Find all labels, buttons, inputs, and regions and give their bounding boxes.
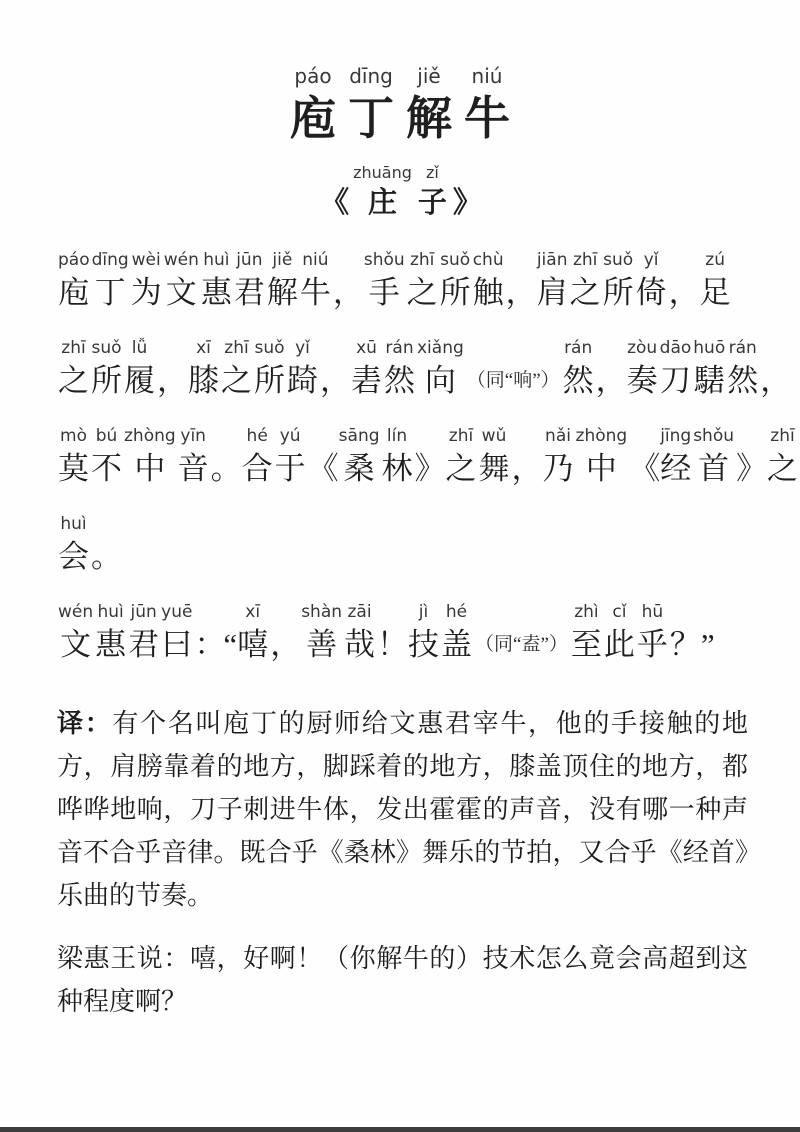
hanzi-text: 解 — [406, 90, 452, 148]
inline-gloss-note: （同“响”） — [466, 336, 561, 402]
hanzi-text: ：“ — [194, 624, 235, 666]
pinyin-text: suǒ — [603, 248, 633, 272]
pinyin-text: rán — [729, 336, 757, 360]
pinyin-text: suǒ — [440, 248, 470, 272]
hanzi-text: 騞 — [694, 360, 725, 402]
title-block: páo庖dīng丁jiě解niú牛 《zhuāng庄zǐ子》 — [0, 0, 800, 222]
hanzi-text: 林 — [382, 448, 413, 490]
hanzi-text: ， — [333, 272, 362, 314]
pinyin-text: dīng — [92, 248, 129, 272]
punctuation-mark: 《 — [320, 162, 347, 222]
hanzi-text: 丁 — [348, 90, 394, 148]
hanzi-text: 丁 — [95, 272, 126, 314]
hanzi-text: 触 — [473, 272, 504, 314]
ruby-segment: zhòng中 — [124, 424, 176, 490]
hanzi-text: ， — [512, 448, 541, 490]
ruby-segment: zhī之 — [446, 424, 477, 490]
punctuation-mark: 》 — [453, 162, 480, 222]
hanzi-text: ， — [760, 360, 789, 402]
punctuation-mark: ， — [270, 600, 299, 666]
ruby-segment: hé合 — [242, 424, 273, 490]
hanzi-text: 善 — [306, 624, 337, 666]
hanzi-text: 倚 — [636, 272, 667, 314]
hanzi-text: 牛 — [300, 272, 331, 314]
hanzi-text: 会 — [58, 536, 89, 578]
hanzi-text: 向 — [425, 360, 456, 402]
pinyin-text: shǒu — [364, 248, 405, 272]
translation-text-1: 有个名叫庖丁的厨师给文惠君宰牛，他的手接触的地方，肩膀靠着的地方，脚踩着的地方，… — [57, 709, 748, 910]
ruby-segment: zāi哉 — [344, 600, 375, 666]
bottom-edge-bar — [0, 1127, 800, 1132]
hanzi-text: 履 — [124, 360, 155, 402]
ruby-segment: rán然 — [563, 336, 594, 402]
hanzi-text: ， — [669, 272, 698, 314]
ruby-segment: huō騞 — [693, 336, 725, 402]
ruby-segment: yú于 — [275, 424, 306, 490]
pinyin-text: zú — [705, 248, 725, 272]
hanzi-text: 庖 — [58, 272, 89, 314]
ruby-segment: dīng丁 — [348, 62, 394, 148]
pinyin-text: huì — [203, 248, 229, 272]
hanzi-text: 至 — [571, 624, 602, 666]
ruby-segment: zhī之 — [221, 336, 252, 402]
hanzi-text: ” — [701, 624, 713, 666]
pinyin-text: zhī — [61, 336, 85, 360]
pinyin-text: chù — [473, 248, 504, 272]
ruby-segment: hé盖 — [441, 600, 472, 666]
ruby-segment: suǒ所 — [254, 336, 285, 402]
pinyin-text: zhī — [573, 248, 597, 272]
ruby-segment: yuē曰 — [161, 600, 192, 666]
text-ruby-line-3: mò莫bú不zhòng中yīn音。hé合yú于《sāng桑lín林》zhī之wǔ… — [57, 424, 750, 490]
pinyin-text: xī — [196, 336, 211, 360]
ruby-segment: bú不 — [91, 424, 122, 490]
ruby-segment: xiǎng向 — [417, 336, 464, 402]
punctuation-mark: ， — [333, 248, 362, 314]
punctuation-mark: ， — [506, 248, 535, 314]
pinyin-text: páo — [294, 62, 331, 90]
pinyin-text: zòu — [627, 336, 657, 360]
pinyin-text: xū — [356, 336, 377, 360]
ruby-segment: nǎi乃 — [543, 424, 574, 490]
ruby-segment: jiān肩 — [537, 248, 568, 314]
hanzi-text: 》 — [736, 448, 765, 490]
punctuation-mark: ：“ — [194, 600, 235, 666]
pinyin-text: xī — [245, 600, 260, 624]
hanzi-text: 于 — [275, 448, 306, 490]
ruby-segment: shǒu手 — [364, 248, 405, 314]
ruby-segment: zǐ子 — [418, 162, 447, 222]
hanzi-text: 之 — [58, 360, 89, 402]
pinyin-text: hū — [642, 600, 664, 624]
hanzi-text: 之 — [221, 360, 252, 402]
hanzi-text: 乃 — [543, 448, 574, 490]
pinyin-text: suǒ — [254, 336, 284, 360]
ruby-segment: hū乎 — [637, 600, 668, 666]
ruby-segment: jiě解 — [406, 62, 452, 148]
ruby-segment: jūn君 — [234, 248, 265, 314]
pinyin-text: zāi — [347, 600, 371, 624]
punctuation-mark: ， — [760, 336, 789, 402]
ruby-segment: wén文 — [164, 248, 199, 314]
hanzi-text: 。 — [91, 536, 120, 578]
hanzi-text: 君 — [234, 272, 265, 314]
hanzi-text: 《 — [320, 184, 347, 222]
punctuation-mark: ？ — [670, 600, 699, 666]
pinyin-text: zhī — [224, 336, 248, 360]
hanzi-text: 首 — [698, 448, 729, 490]
ruby-segment: suǒ所 — [603, 248, 634, 314]
ruby-segment: niú牛 — [464, 62, 510, 148]
hanzi-text: 踦 — [287, 360, 318, 402]
hanzi-text: 膝 — [188, 360, 219, 402]
translation-label: 译： — [57, 709, 112, 738]
hanzi-text: 奏 — [627, 360, 658, 402]
pinyin-text: suǒ — [91, 336, 121, 360]
pinyin-text: jūn — [236, 248, 262, 272]
pinyin-text: sāng — [339, 424, 380, 448]
pinyin-text: xiǎng — [417, 336, 464, 360]
hanzi-text: 舞 — [479, 448, 510, 490]
ruby-segment: jì技 — [408, 600, 439, 666]
ruby-segment: rán然 — [727, 336, 758, 402]
hanzi-text: 》 — [453, 184, 480, 222]
pinyin-text: shàn — [301, 600, 342, 624]
text-ruby-line-4: huì会。 — [57, 512, 750, 578]
ruby-segment: jiě解 — [267, 248, 298, 314]
ruby-segment: páo庖 — [290, 62, 336, 148]
ruby-segment: xī嘻 — [237, 600, 268, 666]
translation-section: 译：有个名叫庖丁的厨师给文惠君宰牛，他的手接触的地方，肩膀靠着的地方，脚踩着的地… — [0, 688, 800, 1023]
pinyin-text: zhòng — [124, 424, 176, 448]
pinyin-text: shǒu — [693, 424, 734, 448]
text-ruby-line-2: zhī之suǒ所lǚ履，xī膝zhī之suǒ所yǐ踦，xū砉rán然xiǎng向… — [57, 336, 750, 402]
document-page: páo庖dīng丁jiě解niú牛 《zhuāng庄zǐ子》 páo庖dīng丁… — [0, 0, 800, 1132]
ruby-segment: yīn音 — [178, 424, 209, 490]
pinyin-text: lǚ — [132, 336, 148, 360]
hanzi-text: 惠 — [201, 272, 232, 314]
pinyin-text: jiě — [417, 62, 440, 90]
ruby-segment: zhī之 — [570, 248, 601, 314]
ruby-segment: zòu奏 — [627, 336, 658, 402]
ruby-segment: mò莫 — [58, 424, 89, 490]
hanzi-text: 文 — [166, 272, 197, 314]
hanzi-text: ？ — [670, 624, 699, 666]
pinyin-text: wén — [58, 600, 93, 624]
source-ruby-line: 《zhuāng庄zǐ子》 — [0, 162, 800, 222]
hanzi-text: 桑 — [344, 448, 375, 490]
pinyin-text: bú — [96, 424, 118, 448]
hanzi-text: 手 — [369, 272, 400, 314]
hanzi-text: 曰 — [161, 624, 192, 666]
translation-text-2: 梁惠王说：嘻，好啊！（你解牛的）技术怎么竟会高超到这种程度啊？ — [57, 944, 748, 1016]
ruby-segment: suǒ所 — [91, 336, 122, 402]
punctuation-mark: 《 — [629, 424, 658, 490]
ruby-segment: huì会 — [58, 512, 89, 578]
hanzi-text: 此 — [604, 624, 635, 666]
pinyin-text: jūn — [131, 600, 157, 624]
hanzi-text: 乎 — [637, 624, 668, 666]
punctuation-mark: ， — [596, 336, 625, 402]
pinyin-text: nǎi — [545, 424, 571, 448]
pinyin-text: niú — [302, 248, 328, 272]
ruby-segment: chù触 — [473, 248, 504, 314]
ruby-segment: zhì至 — [571, 600, 602, 666]
pinyin-text: zhī — [449, 424, 473, 448]
ruby-segment: zhī之 — [407, 248, 438, 314]
ruby-segment: dāo刀 — [660, 336, 692, 402]
punctuation-mark: 《 — [308, 424, 337, 490]
hanzi-text: 经 — [660, 448, 691, 490]
ruby-segment: huì惠 — [95, 600, 126, 666]
hanzi-text: 哉 — [344, 624, 375, 666]
pinyin-text: páo — [58, 248, 90, 272]
hanzi-text: 之 — [767, 448, 798, 490]
pinyin-text: zǐ — [426, 162, 439, 184]
pinyin-text: hé — [446, 600, 467, 624]
pinyin-text: lín — [387, 424, 407, 448]
ruby-segment: xū砉 — [351, 336, 382, 402]
hanzi-text: 然 — [563, 360, 594, 402]
hanzi-text: 之 — [570, 272, 601, 314]
pinyin-text: hé — [247, 424, 268, 448]
hanzi-text: ， — [270, 624, 299, 666]
ruby-segment: huì惠 — [201, 248, 232, 314]
hanzi-text: 君 — [128, 624, 159, 666]
pinyin-text: cǐ — [612, 600, 626, 624]
ruby-segment: zhī之 — [767, 424, 798, 490]
hanzi-text: 所 — [603, 272, 634, 314]
pinyin-text: zhī — [410, 248, 434, 272]
ruby-segment: lǚ履 — [124, 336, 155, 402]
hanzi-text: 莫 — [58, 448, 89, 490]
pinyin-text: jiě — [272, 248, 292, 272]
hanzi-text: 。 — [211, 448, 240, 490]
hanzi-text: （同“盍”） — [474, 624, 569, 666]
hanzi-text: 《 — [629, 448, 658, 490]
hanzi-text: 然 — [727, 360, 758, 402]
pinyin-text: wén — [164, 248, 199, 272]
punctuation-mark: 。 — [211, 424, 240, 490]
hanzi-text: 合 — [242, 448, 273, 490]
ruby-segment: sāng桑 — [339, 424, 380, 490]
punctuation-mark: ， — [669, 248, 698, 314]
hanzi-text: 之 — [446, 448, 477, 490]
ruby-segment: wèi为 — [131, 248, 162, 314]
ruby-segment: rán然 — [384, 336, 415, 402]
hanzi-text: ， — [320, 360, 349, 402]
hanzi-text: 文 — [60, 624, 91, 666]
punctuation-mark: 》 — [415, 424, 444, 490]
ruby-segment: suǒ所 — [440, 248, 471, 314]
pinyin-text: huì — [60, 512, 86, 536]
ruby-segment: niú牛 — [300, 248, 331, 314]
hanzi-text: 解 — [267, 272, 298, 314]
hanzi-text: 为 — [131, 272, 162, 314]
pinyin-text: rán — [564, 336, 592, 360]
ruby-segment: zhòng中 — [576, 424, 628, 490]
pinyin-text: zhòng — [576, 424, 628, 448]
pinyin-text: rán — [385, 336, 413, 360]
hanzi-text: 中 — [134, 448, 165, 490]
hanzi-text: 刀 — [660, 360, 691, 402]
ruby-segment: wǔ舞 — [479, 424, 510, 490]
ruby-segment: wén文 — [58, 600, 93, 666]
ruby-segment: shàn善 — [301, 600, 342, 666]
hanzi-text: 盖 — [441, 624, 472, 666]
ruby-segment: dīng丁 — [92, 248, 129, 314]
pinyin-text: yīn — [180, 424, 206, 448]
pinyin-text: mò — [60, 424, 87, 448]
hanzi-text: 《 — [308, 448, 337, 490]
pinyin-text: yú — [280, 424, 301, 448]
hanzi-text: ！ — [377, 624, 406, 666]
punctuation-mark: ” — [701, 600, 713, 666]
punctuation-mark: ， — [320, 336, 349, 402]
hanzi-text: 砉 — [351, 360, 382, 402]
ruby-segment: zhuāng庄 — [353, 162, 412, 222]
punctuation-mark: 》 — [736, 424, 765, 490]
hanzi-text: 》 — [415, 448, 444, 490]
text-ruby-line-5: wén文huì惠jūn君yuē曰：“xī嘻，shàn善zāi哉！jì技hé盖（同… — [57, 600, 750, 666]
ruby-segment: jūn君 — [128, 600, 159, 666]
hanzi-text: 所 — [440, 272, 471, 314]
hanzi-text: 足 — [700, 272, 731, 314]
punctuation-mark: ， — [512, 424, 541, 490]
hanzi-text: ， — [506, 272, 535, 314]
hanzi-text: ， — [157, 360, 186, 402]
ruby-segment: yǐ踦 — [287, 336, 318, 402]
hanzi-text: 惠 — [95, 624, 126, 666]
pinyin-text: huì — [98, 600, 124, 624]
hanzi-text: 之 — [407, 272, 438, 314]
translation-paragraph-1: 译：有个名叫庖丁的厨师给文惠君宰牛，他的手接触的地方，肩膀靠着的地方，脚踩着的地… — [57, 702, 748, 917]
hanzi-text: （同“响”） — [466, 360, 561, 402]
ruby-segment: jīng经 — [660, 424, 691, 490]
pinyin-text: jīng — [660, 424, 691, 448]
pinyin-text: yǐ — [295, 336, 310, 360]
hanzi-text: 然 — [384, 360, 415, 402]
ruby-segment: lín林 — [382, 424, 413, 490]
hanzi-text: 不 — [91, 448, 122, 490]
pinyin-text: niú — [472, 62, 503, 90]
title-ruby-line: páo庖dīng丁jiě解niú牛 — [0, 62, 800, 148]
pinyin-text: yǐ — [644, 248, 659, 272]
pinyin-text: zhī — [770, 424, 794, 448]
text-ruby-line-1: páo庖dīng丁wèi为wén文huì惠jūn君jiě解niú牛，shǒu手z… — [57, 248, 750, 314]
ruby-segment: zú足 — [700, 248, 731, 314]
pinyin-text: huō — [693, 336, 725, 360]
hanzi-text: 牛 — [464, 90, 510, 148]
hanzi-text: 庖 — [290, 90, 336, 148]
hanzi-text: 音 — [178, 448, 209, 490]
pinyin-text: dīng — [349, 62, 393, 90]
pinyin-text: jì — [419, 600, 428, 624]
hanzi-text: 所 — [91, 360, 122, 402]
hanzi-text: ， — [596, 360, 625, 402]
ruby-segment: zhī之 — [58, 336, 89, 402]
pinyin-text: zhì — [574, 600, 598, 624]
pinyin-text: jiān — [537, 248, 568, 272]
hanzi-text: 肩 — [537, 272, 568, 314]
ruby-segment: xī膝 — [188, 336, 219, 402]
hanzi-text: 技 — [408, 624, 439, 666]
punctuation-mark: ， — [157, 336, 186, 402]
ruby-segment: páo庖 — [58, 248, 90, 314]
hanzi-text: 所 — [254, 360, 285, 402]
pinyin-text: wèi — [132, 248, 161, 272]
ruby-segment: shǒu首 — [693, 424, 734, 490]
translation-paragraph-2: 梁惠王说：嘻，好啊！（你解牛的）技术怎么竟会高超到这种程度啊？ — [57, 937, 748, 1023]
hanzi-text: 嘻 — [237, 624, 268, 666]
classical-text-section: páo庖dīng丁wèi为wén文huì惠jūn君jiě解niú牛，shǒu手z… — [0, 222, 800, 666]
pinyin-text: dāo — [660, 336, 692, 360]
punctuation-mark: ！ — [377, 600, 406, 666]
hanzi-text: 中 — [586, 448, 617, 490]
hanzi-text: 子 — [418, 184, 447, 222]
pinyin-text: wǔ — [482, 424, 507, 448]
pinyin-text: zhuāng — [353, 162, 412, 184]
hanzi-text: 庄 — [368, 184, 397, 222]
punctuation-mark: 。 — [91, 512, 120, 578]
inline-gloss-note: （同“盍”） — [474, 600, 569, 666]
ruby-segment: cǐ此 — [604, 600, 635, 666]
pinyin-text: yuē — [161, 600, 192, 624]
ruby-segment: yǐ倚 — [636, 248, 667, 314]
